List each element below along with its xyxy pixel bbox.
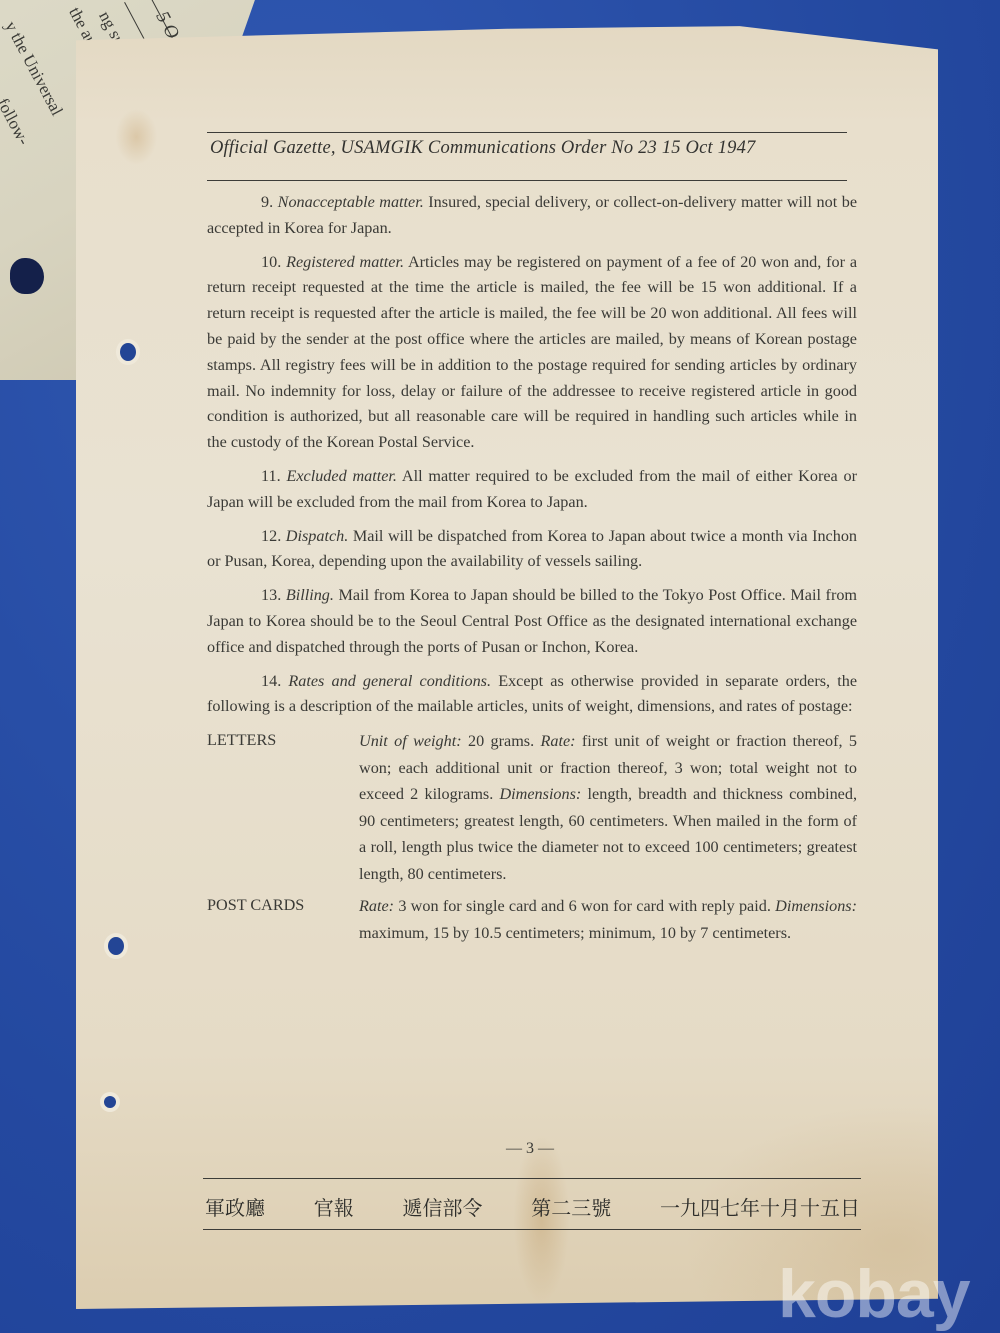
footer-item: 軍政廳 [205, 1192, 265, 1221]
paragraph-12: 12. Dispatch. Mail will be dispatched fr… [207, 524, 857, 576]
footer-item: 第二三號 [531, 1192, 611, 1221]
paragraph-title: Registered matter. [286, 253, 404, 271]
paragraph-14: 14. Rates and general conditions. Except… [207, 669, 857, 721]
watermark-logo: kobay [778, 1255, 970, 1333]
paragraph-10: 10. Registered matter. Articles may be r… [207, 250, 857, 456]
paragraph-title: Dispatch. [286, 527, 349, 545]
rate-field-label: Dimensions: [499, 785, 581, 803]
paragraph-number: 11. [261, 467, 281, 485]
rate-row-letters: LETTERS Unit of weight: 20 grams. Rate: … [207, 728, 857, 887]
paragraph-9: 9. Nonacceptable matter. Insured, specia… [207, 190, 857, 242]
paragraph-title: Nonacceptable matter. [278, 193, 424, 211]
paragraph-number: 13. [261, 586, 281, 604]
footer-item: 官報 [314, 1192, 354, 1221]
punch-hole [120, 343, 136, 361]
punch-hole [104, 1096, 116, 1108]
rate-field-text: maximum, 15 by 10.5 centimeters; minimum… [359, 924, 791, 942]
paragraph-title: Rates and general conditions. [288, 672, 491, 690]
rate-field-label: Unit of weight: [359, 732, 462, 750]
rate-field-text: 20 grams. [462, 732, 541, 750]
page-header: Official Gazette, USAMGIK Communications… [210, 138, 850, 159]
page-number: — 3 — [480, 1140, 580, 1158]
paragraph-number: 14. [261, 672, 281, 690]
rate-field-label: Dimensions: [775, 897, 857, 915]
paragraph-text: Articles may be registered on payment of… [207, 253, 857, 452]
paragraph-13: 13. Billing. Mail from Korea to Japan sh… [207, 583, 857, 660]
paragraph-number: 12. [261, 527, 281, 545]
rate-description: Rate: 3 won for single card and 6 won fo… [359, 893, 857, 946]
paragraph-number: 9. [261, 193, 273, 211]
page-footer: 軍政廳 官報 遞信部令 第二三號 一九四七年十月十五日 [205, 1192, 860, 1221]
rate-row-post-cards: POST CARDS Rate: 3 won for single card a… [207, 893, 857, 946]
punch-hole [10, 258, 44, 294]
rate-field-label: Rate: [541, 732, 576, 750]
paragraph-number: 10. [261, 253, 281, 271]
rate-label: LETTERS [207, 728, 359, 887]
document-body: 9. Nonacceptable matter. Insured, specia… [207, 190, 857, 952]
rate-label: POST CARDS [207, 893, 359, 946]
rate-field-text: 3 won for single card and 6 won for card… [394, 897, 775, 915]
paragraph-title: Excluded matter. [286, 467, 397, 485]
footer-item: 遞信部令 [403, 1192, 483, 1221]
footer-bottom-rule [203, 1229, 861, 1230]
header-top-rule [207, 132, 847, 133]
paragraph-11: 11. Excluded matter. All matter required… [207, 464, 857, 516]
rate-field-label: Rate: [359, 897, 394, 915]
rate-description: Unit of weight: 20 grams. Rate: first un… [359, 728, 857, 887]
footer-item: 一九四七年十月十五日 [660, 1192, 860, 1221]
punch-hole [108, 937, 124, 955]
paragraph-title: Billing. [286, 586, 334, 604]
footer-top-rule [203, 1178, 861, 1179]
header-bottom-rule [207, 180, 847, 181]
